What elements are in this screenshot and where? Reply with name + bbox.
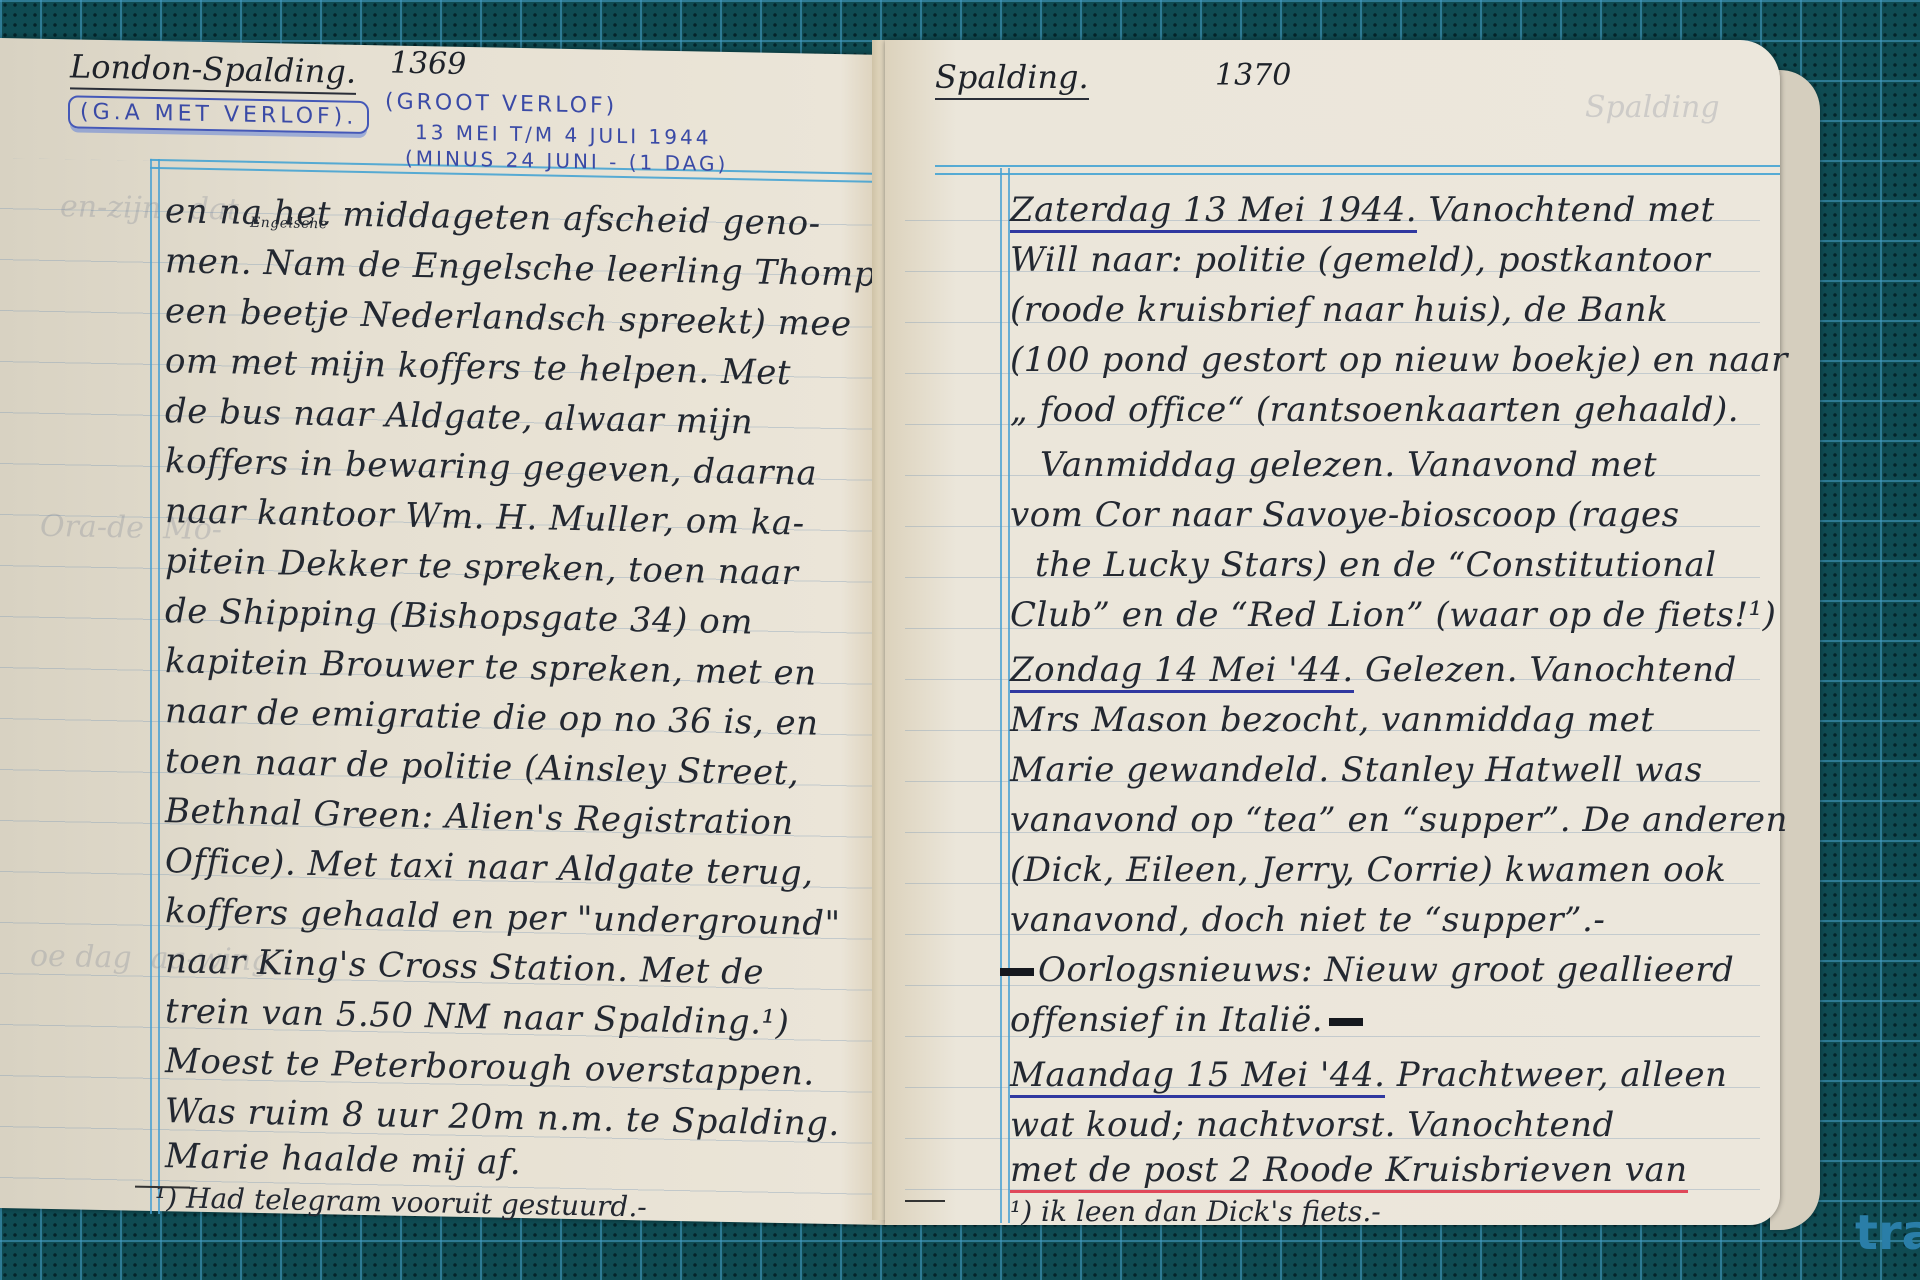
text-line: met de post 2 Roode Kruisbrieven van — [1010, 1150, 1688, 1193]
left-margin-line — [150, 159, 160, 1214]
text-line: Vanmiddag gelezen. Vanavond met — [1040, 445, 1657, 485]
watermark-logo: tra — [1855, 1205, 1920, 1261]
left-margin-line — [1000, 168, 1010, 1223]
text-line: vanavond, doch niet te “supper”.- — [1010, 900, 1605, 940]
entry-date: Maandag 15 Mei '44. — [1010, 1055, 1385, 1098]
dash-marker — [1329, 1018, 1363, 1026]
leave-stamp-dates: 13 MEI T/M 4 JULI 1944 — [415, 120, 711, 150]
text-line: the Lucky Stars) en de “Constitutional — [1035, 545, 1717, 585]
war-news-text: offensief in Italië. — [1010, 1000, 1323, 1040]
top-margin-line — [935, 165, 1780, 175]
text-line: Mrs Mason bezocht, vanmiddag met — [1010, 700, 1654, 740]
text-line: wat koud; nachtvorst. Vanochtend — [1010, 1105, 1615, 1145]
text-line: (100 pond gestort op nieuw boekje) en na… — [1010, 340, 1788, 380]
footnote-rule — [905, 1200, 945, 1202]
left-page: en-zijn dat Ora-de Mo- oe dag aa-wing Lo… — [0, 38, 885, 1225]
leave-stamp-title: (GROOT VERLOF) — [385, 89, 617, 118]
entry-date: Zondag 14 Mei '44. — [1010, 650, 1354, 693]
location-heading: Spalding. — [935, 58, 1089, 100]
text-line: (Dick, Eileen, Jerry, Corrie) kwamen ook — [1010, 850, 1726, 890]
interlinear-note: Engelsche — [250, 215, 328, 232]
war-news-text: Oorlogsnieuws: Nieuw groot geallieerd — [1038, 950, 1734, 990]
text-line: Marie gewandeld. Stanley Hatwell was — [1010, 750, 1703, 790]
text-line: Oorlogsnieuws: Nieuw groot geallieerd — [1000, 950, 1734, 990]
text-line: offensief in Italië. — [1010, 1000, 1367, 1040]
location-heading: London-Spalding. — [70, 47, 356, 94]
page-number: 1370 — [1215, 58, 1291, 93]
right-page: Spalding Spalding. 1370 Zaterdag 13 Mei … — [885, 40, 1780, 1225]
entry-date: Zaterdag 13 Mei 1944. — [1010, 190, 1417, 233]
text-line: (roode kruisbrief naar huis), de Bank — [1010, 290, 1668, 330]
footnote: ¹) ik leen dan Dick's fiets.- — [1010, 1195, 1381, 1228]
leave-stamp: (G.A MET VERLOF). — [68, 95, 369, 134]
entry-text: Gelezen. Vanochtend — [1354, 650, 1737, 690]
dash-marker — [1000, 968, 1034, 976]
diary-entry-first-line: Zaterdag 13 Mei 1944. Vanochtend met — [1010, 190, 1715, 230]
text-line: „ food office“ (rantsoenkaarten gehaald)… — [1010, 390, 1739, 430]
text-line: Club” en de “Red Lion” (waar op de fiets… — [1010, 595, 1776, 635]
entry-text: Prachtweer, alleen — [1385, 1055, 1727, 1095]
text-line: Marie haalde mij af. — [165, 1136, 521, 1183]
text-line: Will naar: politie (gemeld), postkantoor — [1010, 240, 1710, 280]
diary-entry-first-line: Zondag 14 Mei '44. Gelezen. Vanochtend — [1010, 650, 1737, 690]
diary-entry-first-line: Maandag 15 Mei '44. Prachtweer, alleen — [1010, 1055, 1727, 1095]
text-line: vanavond op “tea” en “supper”. De andere… — [1010, 800, 1788, 840]
bleed-through-text: Spalding — [1585, 90, 1720, 125]
text-line: vom Cor naar Savoye-bioscoop (rages — [1010, 495, 1680, 535]
entry-text: Vanochtend met — [1417, 190, 1715, 230]
page-number: 1369 — [390, 45, 466, 81]
